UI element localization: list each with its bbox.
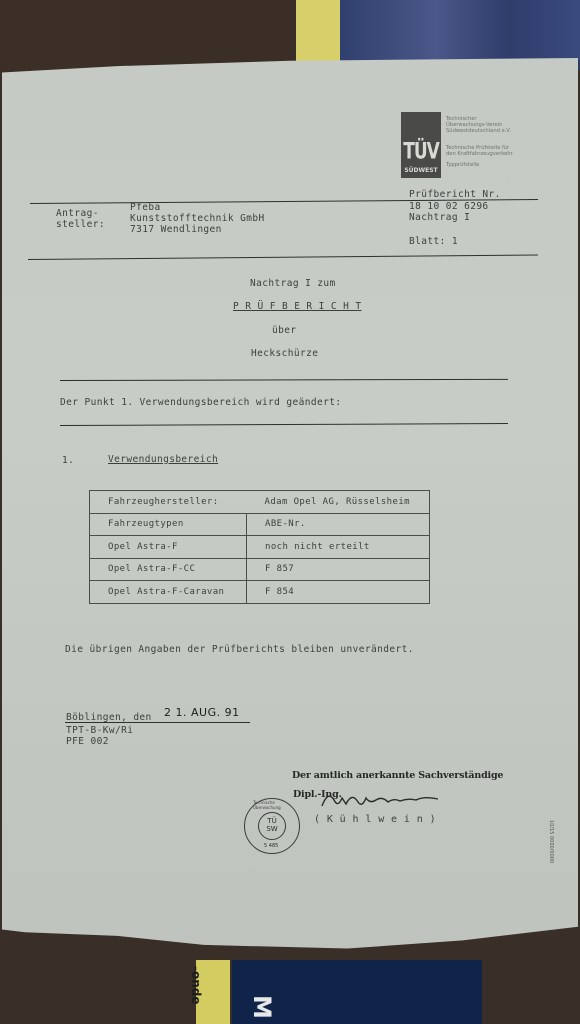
seal-center-bottom: SW bbox=[259, 825, 285, 833]
side-form-code: 10/15 0000/0000 bbox=[548, 820, 554, 863]
section-title: Verwendungsbereich bbox=[108, 454, 218, 465]
logo-org-line: den Kraftfahrzeugverkehr bbox=[446, 151, 513, 158]
seal-number: 5 485 bbox=[264, 843, 278, 849]
closing-text: Die übrigen Angaben der Prüfberichts ble… bbox=[65, 644, 414, 655]
applicant-label: Antrag- steller: bbox=[56, 208, 105, 230]
table-cell-value: ABE-Nr. bbox=[247, 513, 430, 536]
reference-code-1: TPT-B-Kw/Ri bbox=[66, 725, 133, 736]
heading-title: P R Ü F B E R I C H T bbox=[233, 301, 362, 312]
seal-ring-text: Technische Überwachung bbox=[253, 800, 299, 810]
table-cell-label: Fahrzeugtypen bbox=[90, 513, 247, 536]
table-row: Opel Astra-F-Caravan F 854 bbox=[90, 581, 430, 604]
vehicle-table: Fahrzeughersteller: Adam Opel AG, Rüssel… bbox=[89, 490, 430, 604]
change-notice: Der Punkt 1. Verwendungsbereich wird geä… bbox=[60, 397, 342, 408]
background-yellow-band bbox=[296, 0, 340, 62]
logo-org-line: Typprüfstelle bbox=[446, 162, 479, 169]
table-cell-label: Fahrzeughersteller: bbox=[90, 491, 247, 514]
heading-line3: über bbox=[272, 325, 296, 336]
expert-title: Der amtlich anerkannte Sachverständige bbox=[292, 770, 503, 781]
tuv-logo: TÜV SÜDWEST bbox=[401, 112, 441, 178]
date-stamp: 2 1. AUG. 91 bbox=[164, 706, 240, 719]
report-number-label: Prüfbericht Nr. bbox=[409, 189, 501, 200]
background-brand-letter: M bbox=[248, 995, 276, 1019]
reference-code-2: PFE 002 bbox=[66, 736, 109, 747]
table-cell-label: Opel Astra-F-Caravan bbox=[90, 581, 247, 604]
logo-org-line: Südwestdeutschland e.V. bbox=[446, 128, 511, 135]
seal-inner-circle: TÜ SW bbox=[258, 812, 286, 840]
official-seal: Technische Überwachung TÜ SW 5 485 bbox=[244, 798, 300, 854]
logo-brand: TÜV bbox=[403, 139, 439, 165]
report-sheet: Blatt: 1 bbox=[409, 236, 458, 247]
heading-subject: Heckschürze bbox=[251, 348, 318, 359]
table-cell-value: F 854 bbox=[247, 581, 430, 604]
table-row: Opel Astra-F noch nicht erteilt bbox=[90, 536, 430, 559]
table-cell-label: Opel Astra-F-CC bbox=[90, 558, 247, 581]
background-text: -onde bbox=[189, 966, 203, 1005]
report-supplement: Nachtrag I bbox=[409, 212, 470, 223]
table-row: Opel Astra-F-CC F 857 bbox=[90, 558, 430, 581]
table-cell-value: Adam Opel AG, Rüsselsheim bbox=[247, 491, 430, 514]
seal-center-top: TÜ bbox=[259, 817, 285, 825]
heading-line1: Nachtrag I zum bbox=[250, 278, 336, 289]
table-cell-label: Opel Astra-F bbox=[90, 536, 247, 559]
table-cell-value: F 857 bbox=[247, 558, 430, 581]
section-number: 1. bbox=[62, 455, 74, 466]
table-row: Fahrzeughersteller: Adam Opel AG, Rüssel… bbox=[90, 491, 430, 514]
expert-name: ( K ü h l w e i n ) bbox=[314, 814, 436, 825]
table-cell-value: noch nicht erteilt bbox=[247, 536, 430, 559]
applicant-name: Pfeba Kunststofftechnik GmbH 7317 Wendli… bbox=[130, 202, 265, 235]
signature-scribble-icon bbox=[318, 786, 448, 812]
date-underline bbox=[65, 722, 250, 723]
table-row: Fahrzeugtypen ABE-Nr. bbox=[90, 513, 430, 536]
background-blue-band bbox=[340, 0, 580, 60]
logo-brand-sub: SÜDWEST bbox=[402, 167, 440, 174]
report-number: 18 10 02 6296 bbox=[409, 201, 489, 212]
